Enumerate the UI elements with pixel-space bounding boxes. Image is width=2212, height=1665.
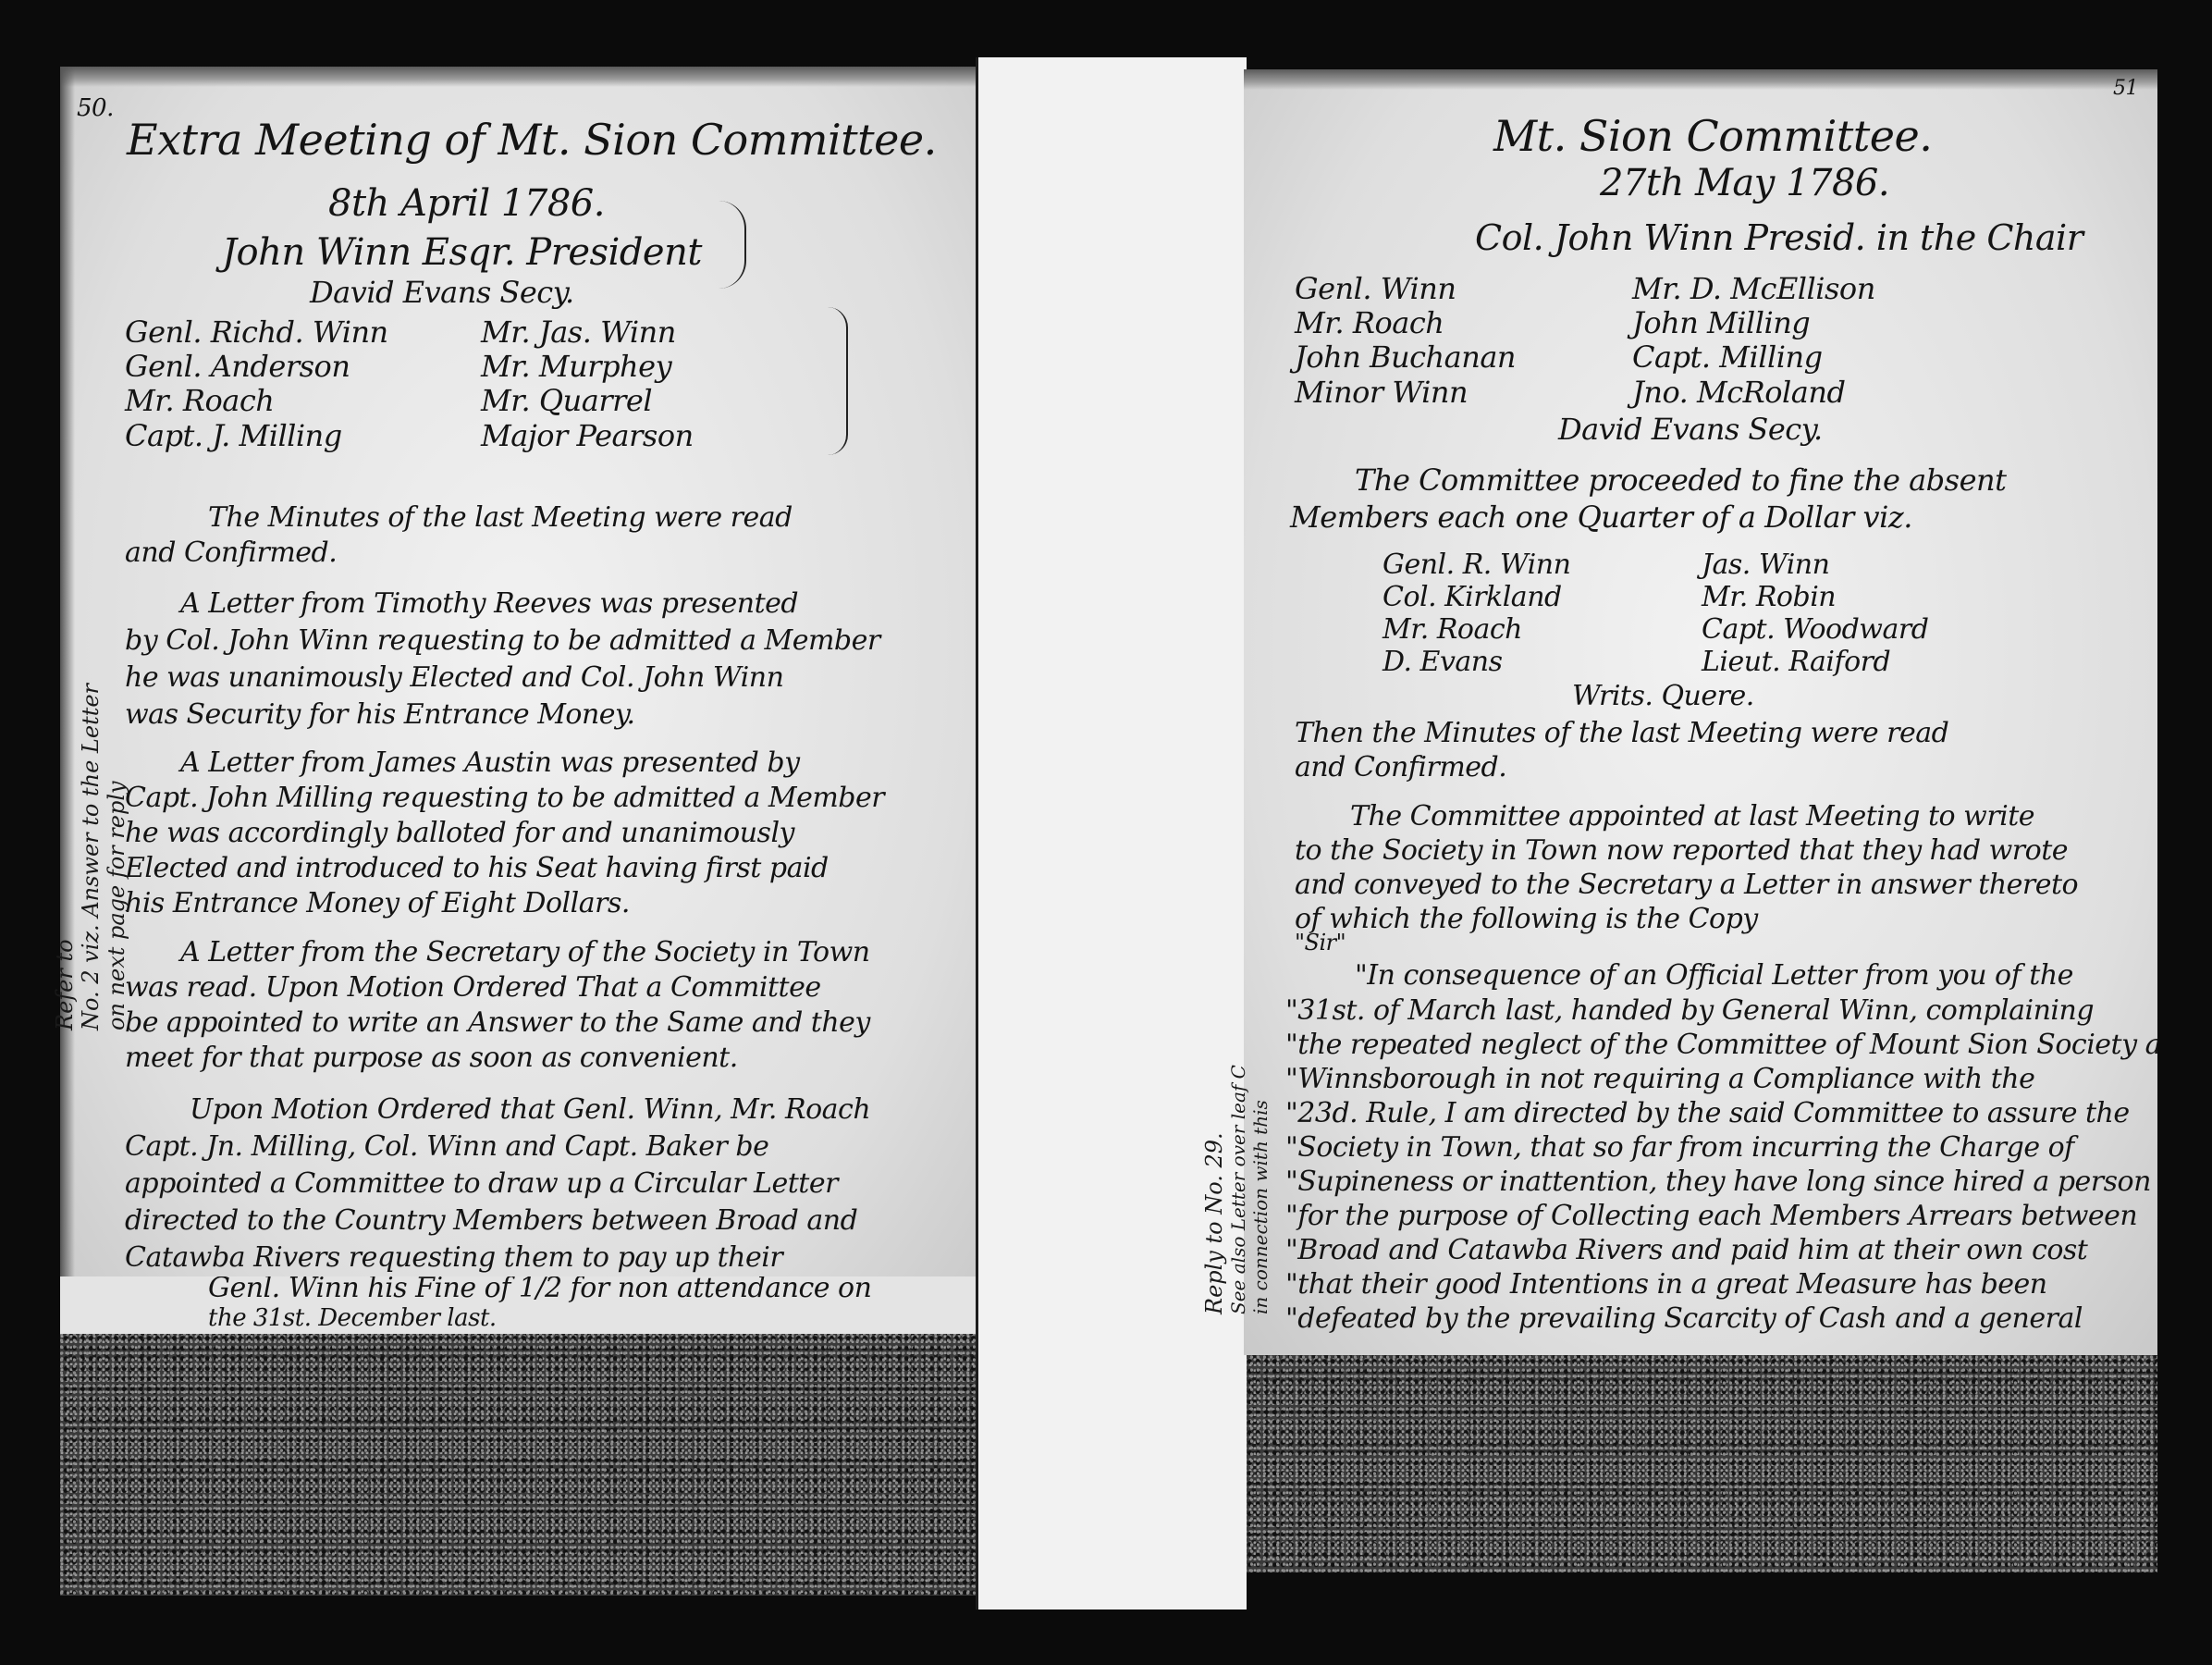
minutes-line: to the Society in Town now reported that… [1295,834,2068,867]
attendee: Minor Winn [1295,375,1468,410]
fined-member: Mr. Robin [1702,581,1836,613]
attendee: Capt. J. Milling [125,418,342,453]
minutes-line: and Confirmed. [125,536,337,569]
meeting-date: 8th April 1786. [328,182,605,225]
margin-note-left: Refer to No. 2 viz. Answer to the Letter… [52,684,129,1030]
salutation: "Sir" [1295,930,1346,956]
minutes-line: by Col. John Winn requesting to be admit… [125,624,880,657]
page-title: Extra Meeting of Mt. Sion Committee. [127,115,937,165]
minutes-line: A Letter from James Austin was presented… [180,746,800,779]
fines-intro-line: Members each one Quarter of a Dollar viz… [1290,499,1912,535]
minutes-line: be appointed to write an Answer to the S… [125,1006,870,1039]
margin-note-line: See also Letter over leaf C [1227,1065,1249,1314]
minutes-line: he was unanimously Elected and Col. John… [125,661,783,694]
minutes-line: Then the Minutes of the last Meeting wer… [1295,717,1948,749]
letter-line: "Winnsborough in not requiring a Complia… [1285,1063,2034,1095]
attendee: Mr. D. McEllison [1632,271,1875,306]
fined-member: Mr. Roach [1382,613,1522,646]
page-title: Mt. Sion Committee. [1493,111,1932,161]
minutes-line: of which the following is the Copy [1295,903,1758,935]
letter-line: "Society in Town, that so far from incur… [1285,1131,2074,1164]
letter-line: "31st. of March last, handed by General … [1285,994,2094,1027]
right-page-shadow-band [1244,1355,2157,1572]
attendee: John Milling [1632,305,1810,340]
margin-note-line: on next page for reply [104,684,129,1030]
margin-note-right: Reply to No. 29. See also Letter over le… [1201,1065,1272,1314]
attendee: Mr. Murphey [481,349,671,384]
attendee: Mr. Roach [125,383,274,418]
minutes-line: and Confirmed. [1295,751,1506,783]
letter-line: "that their good Intentions in a great M… [1285,1268,2047,1301]
letter-line: "23d. Rule, I am directed by the said Co… [1285,1097,2130,1129]
minutes-line: Capt. Jn. Milling, Col. Winn and Capt. B… [125,1130,768,1163]
minutes-line: was read. Upon Motion Ordered That a Com… [125,971,821,1004]
attendee: Mr. Jas. Winn [481,314,676,350]
president-line: John Winn Esqr. President [222,231,702,274]
attendee: Capt. Milling [1632,339,1823,375]
margin-note-line: Reply to No. 29. [1201,1065,1227,1314]
page-number: 51 [2113,77,2138,100]
minutes-line: meet for that purpose as soon as conveni… [125,1042,738,1074]
margin-note-line: in connection with this [1249,1065,1272,1314]
minutes-line: the 31st. December last. [208,1304,497,1332]
margin-note-line: Refer to [52,684,78,1030]
minutes-line: directed to the Country Members between … [125,1204,857,1237]
fined-member: Genl. R. Winn [1382,549,1570,581]
fines-intro-line: The Committee proceeded to fine the abse… [1355,462,2006,498]
letter-line: "In consequence of an Official Letter fr… [1355,959,2073,992]
page-number: 50. [77,94,114,122]
fines-note: Writs. Quere. [1572,680,1754,712]
letter-line: "Broad and Catawba Rivers and paid him a… [1285,1234,2087,1266]
minutes-line: was Security for his Entrance Money. [125,698,635,731]
minutes-line: he was accordingly balloted for and unan… [125,817,794,849]
minutes-line: appointed a Committee to draw up a Circu… [125,1167,838,1200]
attendee: Genl. Winn [1295,271,1456,306]
minutes-line: his Entrance Money of Eight Dollars. [125,887,630,919]
left-page-shadow-band [60,1332,976,1596]
president-line: Col. John Winn Presid. in the Chair [1475,217,2083,258]
letter-line: "the repeated neglect of the Committee o… [1285,1029,2157,1061]
fined-member: Jas. Winn [1702,549,1829,581]
attendee: Mr. Roach [1295,305,1444,340]
left-page: 50. Extra Meeting of Mt. Sion Committee.… [60,67,976,1334]
letter-line: "defeated by the prevailing Scarcity of … [1285,1302,2083,1335]
brace-mark [828,307,848,455]
minutes-line: and conveyed to the Secretary a Letter i… [1295,869,2078,901]
secretary-line: David Evans Secy. [310,275,574,310]
attendee: Genl. Anderson [125,349,350,384]
minutes-line: A Letter from Timothy Reeves was present… [180,587,798,620]
attendee: John Buchanan [1295,339,1516,375]
fined-member: Lieut. Raiford [1702,646,1890,678]
fined-member: Capt. Woodward [1702,613,1928,646]
page-top-edge [60,67,976,87]
minutes-line: Elected and introduced to his Seat havin… [125,852,829,884]
minutes-line: Genl. Winn his Fine of 1/2 for non atten… [208,1276,871,1304]
letter-line: "for the purpose of Collecting each Memb… [1285,1200,2137,1232]
minutes-line: A Letter from the Secretary of the Socie… [180,936,870,968]
margin-note-line: No. 2 viz. Answer to the Letter [78,684,104,1030]
minutes-line: Upon Motion Ordered that Genl. Winn, Mr.… [190,1093,870,1126]
left-page-lower: Genl. Winn his Fine of 1/2 for non atten… [60,1276,976,1334]
letter-line: "Supineness or inattention, they have lo… [1285,1165,2151,1198]
minutes-line: The Minutes of the last Meeting were rea… [208,501,793,534]
page-top-edge [1244,69,2157,90]
attendee: Jno. McRoland [1632,375,1845,410]
gutter-strip [976,57,1247,1609]
fined-member: D. Evans [1382,646,1503,678]
brace-mark [707,201,746,289]
fined-member: Col. Kirkland [1382,581,1562,613]
secretary-line: David Evans Secy. [1558,412,1823,447]
minutes-line: Catawba Rivers requesting them to pay up… [125,1241,782,1274]
minutes-line: Capt. John Milling requesting to be admi… [125,782,884,814]
attendee: Genl. Richd. Winn [125,314,388,350]
right-page: 51 Mt. Sion Committee. 27th May 1786. Co… [1244,69,2157,1355]
attendee: Major Pearson [481,418,694,453]
minutes-line: The Committee appointed at last Meeting … [1350,800,2034,832]
attendee: Mr. Quarrel [481,383,652,418]
meeting-date: 27th May 1786. [1600,162,1889,204]
